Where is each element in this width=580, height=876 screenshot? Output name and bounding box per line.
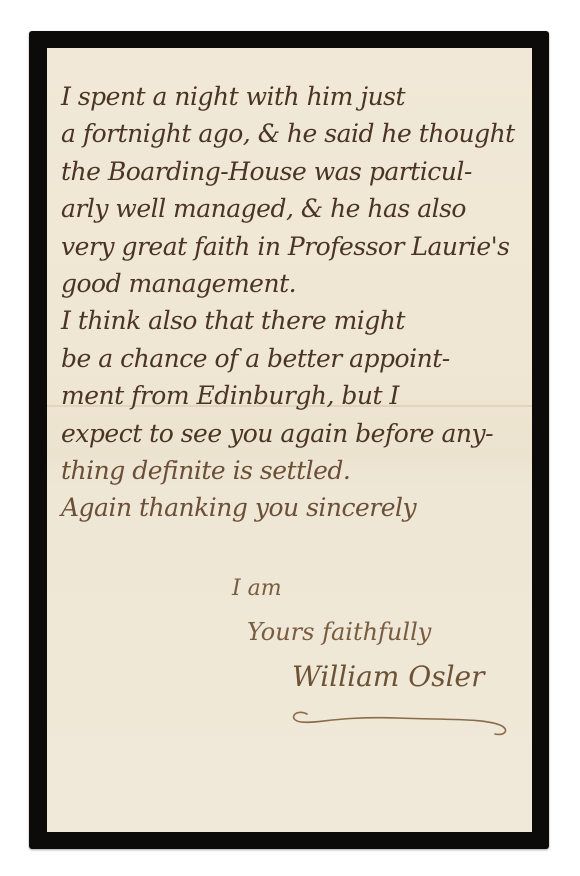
letter-line: expect to see you again before any- bbox=[61, 415, 523, 452]
letter-card: I spent a night with him just a fortnigh… bbox=[29, 31, 549, 849]
closing-i-am: I am bbox=[232, 576, 282, 601]
letter-line: arly well managed, & he has also bbox=[61, 190, 523, 227]
signature: William Osler bbox=[292, 660, 485, 693]
letter-body: I spent a night with him just a fortnigh… bbox=[61, 78, 523, 527]
letter-line: thing definite is settled. bbox=[61, 452, 523, 489]
letter-line: I spent a night with him just bbox=[61, 78, 523, 115]
letter-line: very great faith in Professor Laurie's bbox=[61, 228, 523, 265]
valediction: Yours faithfully bbox=[247, 618, 431, 646]
letter-line: Again thanking you sincerely bbox=[61, 489, 523, 526]
letter-line: a fortnight ago, & he said he thought bbox=[61, 115, 523, 152]
signature-flourish-icon bbox=[277, 700, 517, 740]
letter-line: good management. bbox=[61, 265, 523, 302]
letter-line: be a chance of a better appoint- bbox=[61, 340, 523, 377]
letter-paper: I spent a night with him just a fortnigh… bbox=[47, 48, 532, 832]
letter-line: ment from Edinburgh, but I bbox=[61, 377, 523, 414]
letter-line: I think also that there might bbox=[61, 302, 523, 339]
letter-line: the Boarding-House was particul- bbox=[61, 153, 523, 190]
